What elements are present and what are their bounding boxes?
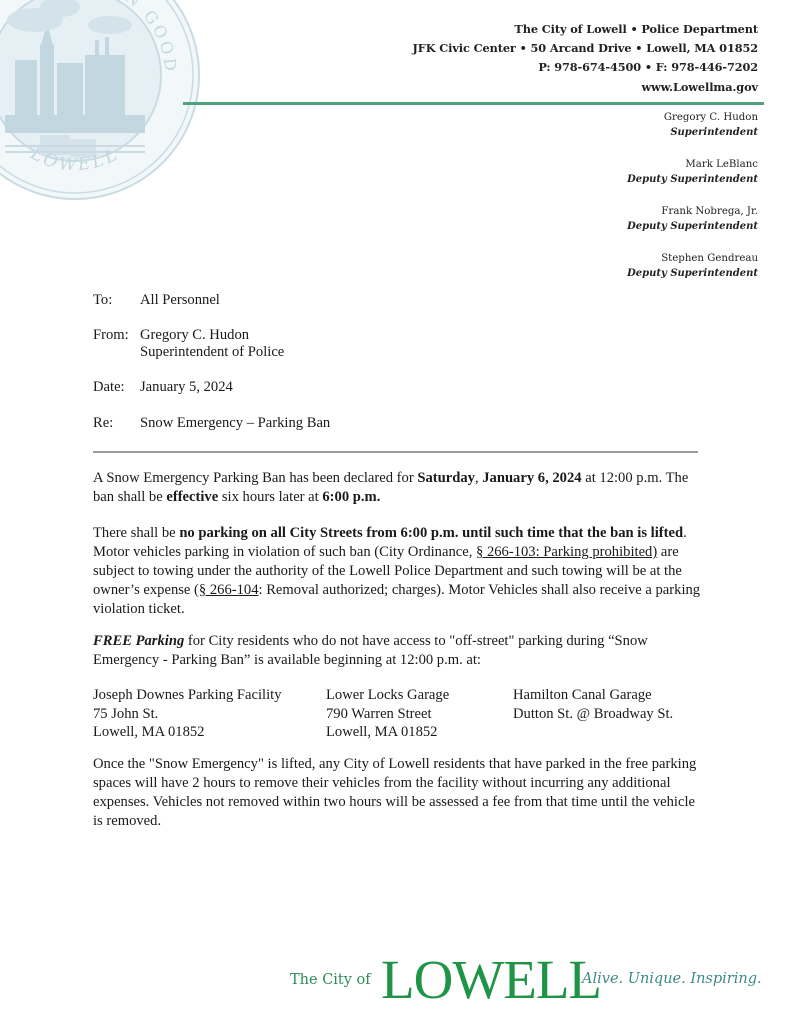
letterhead-phone-fax: P: 978-674-4500 • F: 978-446-7202 bbox=[413, 58, 758, 77]
parking-location: Lower Locks Garage 790 Warren Street Low… bbox=[326, 686, 449, 742]
footer-city-name: LOWELL bbox=[381, 952, 601, 1007]
letterhead-website[interactable]: www.Lowellma.gov bbox=[413, 78, 758, 97]
footer-tagline: Alive. Unique. Inspiring. bbox=[582, 971, 762, 987]
staff-member: Mark LeBlanc Deputy Superintendent bbox=[627, 157, 758, 204]
location-city: Lowell, MA 01852 bbox=[326, 723, 449, 742]
memo-to-label: To: bbox=[93, 292, 140, 309]
staff-title: Deputy Superintendent bbox=[627, 266, 758, 281]
footer-prefix: The City of bbox=[290, 972, 371, 988]
paragraph-declaration: A Snow Emergency Parking Ban has been de… bbox=[93, 469, 703, 507]
bold-text: effective bbox=[166, 489, 218, 505]
parking-location: Hamilton Canal Garage Dutton St. @ Broad… bbox=[513, 686, 673, 723]
staff-title: Deputy Superintendent bbox=[627, 172, 758, 187]
location-name: Lower Locks Garage bbox=[326, 686, 449, 705]
letterhead-address: JFK Civic Center • 50 Arcand Drive • Low… bbox=[413, 39, 758, 58]
memo-divider bbox=[93, 451, 698, 453]
bold-text: no parking on all City Streets from 6:00… bbox=[179, 525, 683, 541]
paragraph-after-lift: Once the "Snow Emergency" is lifted, any… bbox=[93, 755, 703, 831]
ordinance-266-104-link[interactable]: § 266-104 bbox=[199, 582, 259, 598]
location-street: Dutton St. @ Broadway St. bbox=[513, 705, 673, 724]
staff-list: Gregory C. Hudon Superintendent Mark LeB… bbox=[627, 110, 758, 298]
location-city: Lowell, MA 01852 bbox=[93, 723, 282, 742]
staff-title: Deputy Superintendent bbox=[627, 219, 758, 234]
location-name: Hamilton Canal Garage bbox=[513, 686, 673, 705]
staff-member: Gregory C. Hudon Superintendent bbox=[627, 110, 758, 157]
letterhead-department: The City of Lowell • Police Department bbox=[413, 20, 758, 39]
staff-member: Stephen Gendreau Deputy Superintendent bbox=[627, 251, 758, 298]
paragraph-no-parking: There shall be no parking on all City St… bbox=[93, 524, 703, 619]
bold-text: January 6, 2024 bbox=[482, 470, 581, 486]
text: six hours later at bbox=[218, 489, 322, 505]
city-seal-logo: HUMAN GOOD LOWELL bbox=[0, 0, 205, 205]
memo-date-label: Date: bbox=[93, 379, 140, 396]
memo-to-value: All Personnel bbox=[140, 292, 220, 309]
paragraph-free-parking: FREE Parking for City residents who do n… bbox=[93, 632, 703, 670]
staff-member: Frank Nobrega, Jr. Deputy Superintendent bbox=[627, 204, 758, 251]
text: A Snow Emergency Parking Ban has been de… bbox=[93, 470, 417, 486]
letterhead: The City of Lowell • Police Department J… bbox=[413, 20, 758, 97]
memo-header: To: All Personnel From: Gregory C. Hudon… bbox=[93, 292, 330, 432]
text: There shall be bbox=[93, 525, 179, 541]
location-street: 790 Warren Street bbox=[326, 705, 449, 724]
memo-to-row: To: All Personnel bbox=[93, 292, 330, 309]
staff-name: Mark LeBlanc bbox=[627, 157, 758, 172]
parking-location: Joseph Downes Parking Facility 75 John S… bbox=[93, 686, 282, 742]
staff-name: Frank Nobrega, Jr. bbox=[627, 204, 758, 219]
letterhead-divider bbox=[183, 102, 764, 105]
staff-name: Gregory C. Hudon bbox=[627, 110, 758, 125]
memo-from-title: Superintendent of Police bbox=[140, 344, 284, 361]
bold-italic-text: FREE Parking bbox=[93, 633, 184, 649]
memo-re-label: Re: bbox=[93, 415, 140, 432]
location-name: Joseph Downes Parking Facility bbox=[93, 686, 282, 705]
memo-from-row: From: Gregory C. Hudon Superintendent of… bbox=[93, 327, 330, 361]
staff-title: Superintendent bbox=[627, 125, 758, 140]
memo-subject: Snow Emergency – Parking Ban bbox=[140, 415, 330, 432]
memo-date-value: January 5, 2024 bbox=[140, 379, 233, 396]
bold-text: 6:00 p.m. bbox=[322, 489, 380, 505]
location-street: 75 John St. bbox=[93, 705, 282, 724]
memo-from-name: Gregory C. Hudon bbox=[140, 327, 284, 344]
bold-text: Saturday bbox=[417, 470, 475, 486]
memo-date-row: Date: January 5, 2024 bbox=[93, 379, 330, 396]
staff-name: Stephen Gendreau bbox=[627, 251, 758, 266]
memo-from-label: From: bbox=[93, 327, 140, 361]
memo-re-row: Re: Snow Emergency – Parking Ban bbox=[93, 415, 330, 432]
ordinance-266-103-link[interactable]: § 266-103: Parking prohibited) bbox=[476, 544, 657, 560]
